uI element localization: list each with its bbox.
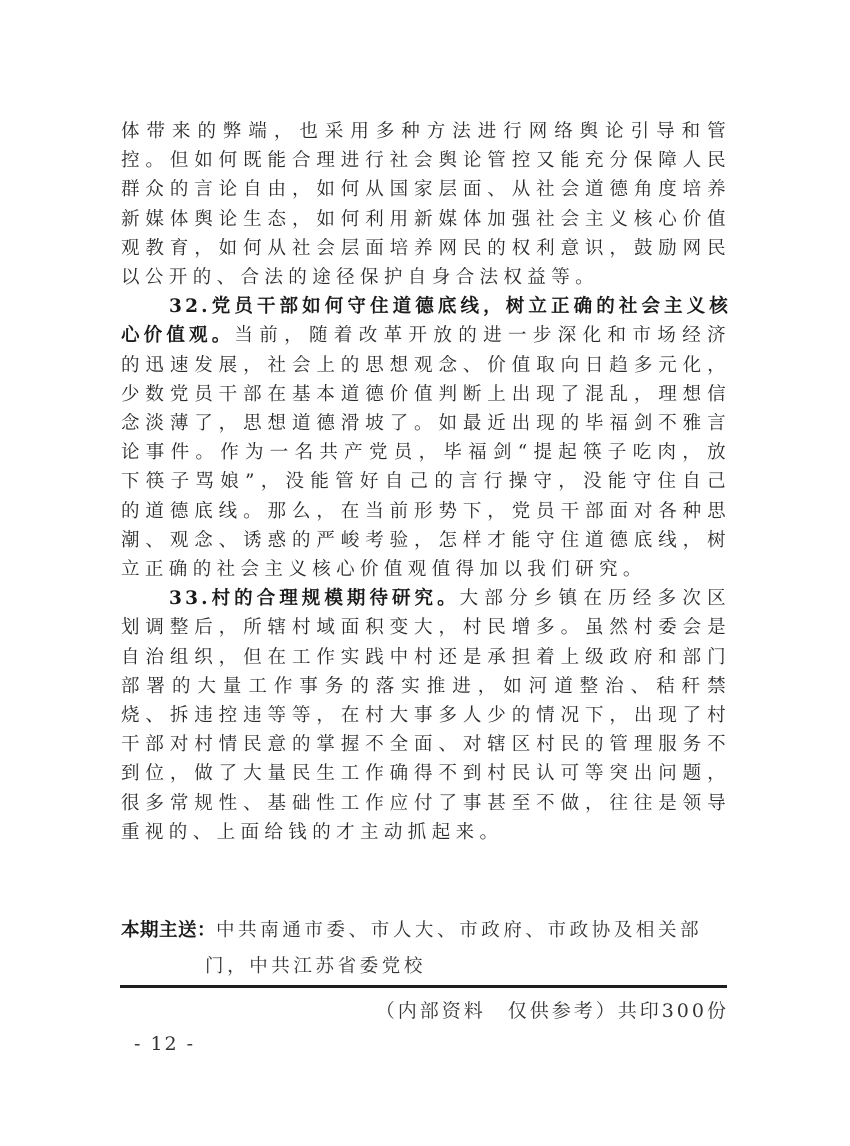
- paragraph-continued: 体带来的弊端，也采用多种方法进行网络舆论引导和管控。但如何既能合理进行社会舆论管…: [121, 117, 731, 292]
- paragraph-text: 体带来的弊端，也采用多种方法进行网络舆论引导和管控。但如何既能合理进行社会舆论管…: [121, 121, 731, 288]
- recipients-block: 本期主送： 中共南通市委、市人大、市政府、市政协及相关部门，中共江苏省委党校: [121, 913, 731, 985]
- document-body: 体带来的弊端，也采用多种方法进行网络舆论引导和管控。但如何既能合理进行社会舆论管…: [121, 117, 731, 847]
- item-heading-33: 33.村的合理规模期待研究。: [169, 588, 460, 609]
- paragraph-item-32: 32.党员干部如何守住道德底线，树立正确的社会主义核心价值观。当前，随着改革开放…: [121, 292, 731, 584]
- paragraph-item-33: 33.村的合理规模期待研究。大部分乡镇在历经多次区划调整后，所辖村域面积变大，村…: [121, 584, 731, 847]
- footer-divider: [120, 985, 727, 988]
- page-number: - 12 -: [134, 1033, 195, 1055]
- print-note: （内部资料 仅供参考）共印300份: [376, 996, 729, 1023]
- recipients-label: 本期主送：: [121, 913, 216, 949]
- recipients-text: 中共南通市委、市人大、市政府、市政协及相关部门，中共江苏省委党校: [205, 913, 731, 985]
- paragraph-text: 大部分乡镇在历经多次区划调整后，所辖村域面积变大，村民增多。虽然村委会是自治组织…: [121, 588, 731, 843]
- paragraph-text: 当前，随着改革开放的进一步深化和市场经济的迅速发展，社会上的思想观念、价值取向日…: [121, 325, 731, 580]
